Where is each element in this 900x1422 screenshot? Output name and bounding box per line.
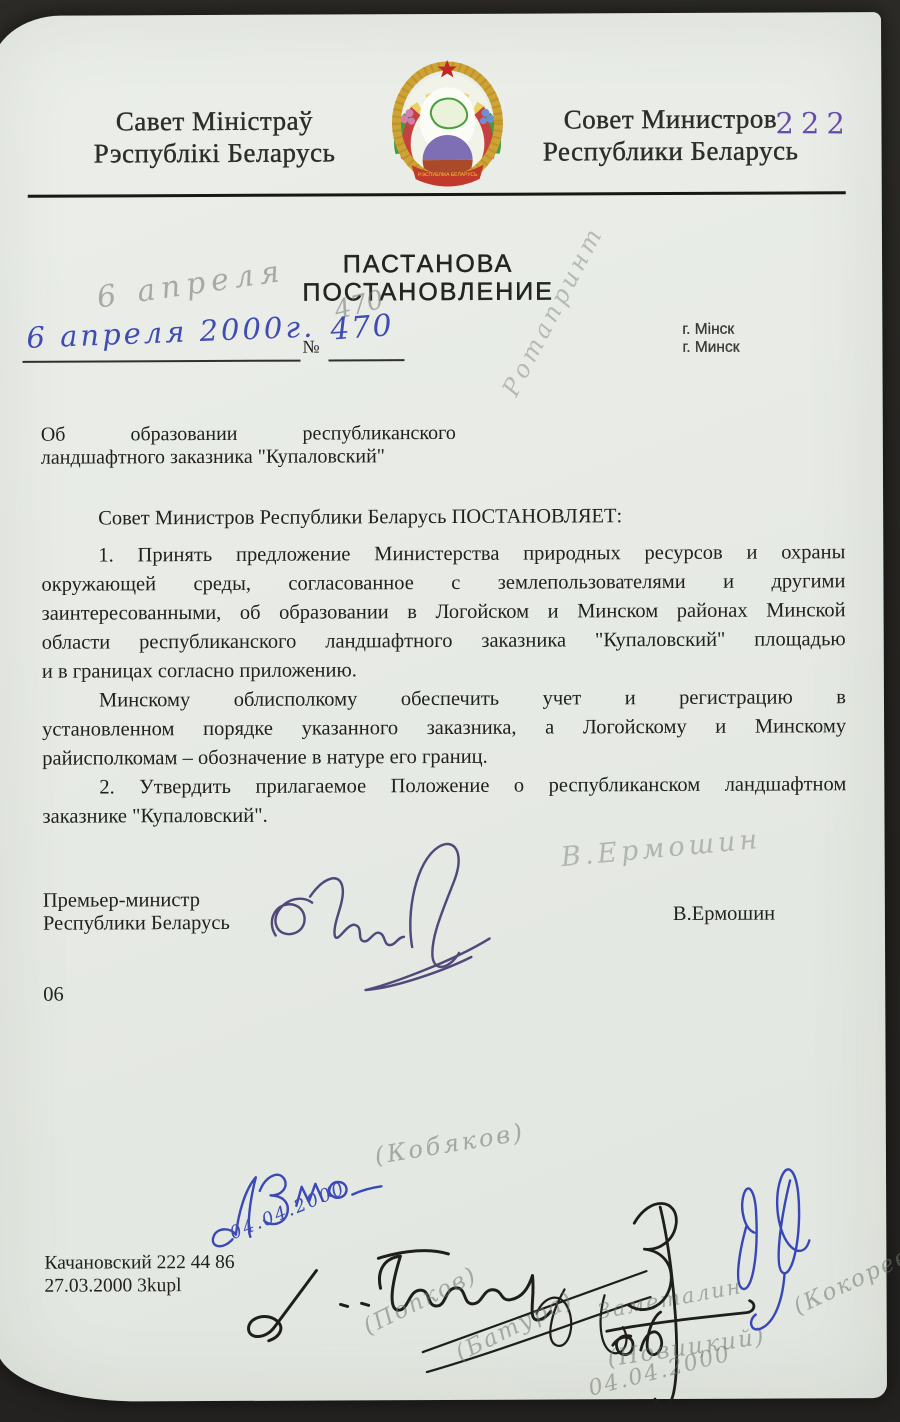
p2-line1: Минскому облисполкому обеспечить учет и … <box>42 683 846 716</box>
signer-position-line1: Премьер-министр <box>43 889 230 912</box>
place-belarusian: г. Мінск <box>682 321 739 339</box>
p1-line1: 1. Принять предложение Министерства прир… <box>41 538 845 571</box>
pencil-date-draft: 6 апреля <box>95 254 288 316</box>
header-divider-rule <box>28 191 846 198</box>
org-ru-line2: Республики Беларусь <box>526 134 816 167</box>
blue-signature-kokorev <box>724 1162 820 1352</box>
resolution-intro: Совет Министров Республики Беларусь ПОСТ… <box>41 504 845 531</box>
signer-name: В.Ермошин <box>673 903 775 926</box>
org-be-line1: Савет Міністраў <box>85 104 343 137</box>
body-text: 1. Принять предложение Министерства прир… <box>41 538 846 832</box>
subject-line1: Об образовании республиканского <box>41 422 456 447</box>
p2-line3: райисполкомам – обозначение в натуре его… <box>42 741 846 774</box>
resolution-intro-text: Совет Министров Республики Беларусь ПОСТ… <box>41 505 622 531</box>
scanned-document-sheet: Савет Міністраў Рэспублікі Беларусь <box>0 12 887 1402</box>
handwritten-date-ink: 6 апреля 2000г. <box>26 310 316 355</box>
p1-line5: и в границах согласно приложению. <box>42 654 846 687</box>
emblem-banner-text: РЭСПУБЛІКА БЕЛАРУСЬ <box>418 172 478 178</box>
place-russian: г. Минск <box>682 339 739 357</box>
premier-signature <box>241 836 517 1017</box>
pencil-label-kobyakov: (Кобяков) <box>373 1118 528 1170</box>
org-name-russian: Совет Министров Республики Беларусь <box>525 102 815 167</box>
page-number-stamp: 222 <box>775 106 852 140</box>
p3-line1: 2. Утвердить прилагаемое Положение о рес… <box>42 770 846 803</box>
document-content: Савет Міністраў Рэспублікі Беларусь <box>0 12 887 1402</box>
org-be-line2: Рэспублікі Беларусь <box>86 136 344 169</box>
doc-type-belarusian: ПАСТАНОВА <box>268 249 588 278</box>
place-block: г. Мінск г. Минск <box>682 321 739 357</box>
p1-line2: окружающей среды, согласованное с землеп… <box>41 567 845 600</box>
signer-position: Премьер-министр Республики Беларусь <box>43 889 230 935</box>
org-name-belarusian: Савет Міністраў Рэспублікі Беларусь <box>85 104 343 169</box>
p1-line3: заинтересованными, об образовании в Лого… <box>42 596 846 629</box>
signer-position-line2: Республики Беларусь <box>43 911 230 934</box>
p2-line2: установленном порядке указанного заказни… <box>42 712 846 745</box>
number-underline <box>328 359 404 361</box>
number-sign: № <box>302 337 319 358</box>
date-underline <box>22 360 300 363</box>
department-index: 06 <box>43 984 64 1007</box>
handwritten-number-ink: 470 <box>329 308 395 348</box>
document-type-heading: ПАСТАНОВА ПОСТАНОВЛЕНИЕ <box>268 249 588 306</box>
p1-line4: области республиканского ландшафтного за… <box>42 625 846 658</box>
executor-ref: 27.03.2000 3kupl <box>44 1274 234 1298</box>
subject-block: Об образовании республиканского ландшафт… <box>41 422 456 470</box>
org-ru-line1: Совет Министров <box>525 102 815 135</box>
pencil-signer-name: В.Ермошин <box>560 824 763 873</box>
subject-line2: ландшафтного заказника "Купаловский" <box>41 445 456 470</box>
belarus-coat-of-arms-icon: РЭСПУБЛІКА БЕЛАРУСЬ <box>371 56 524 189</box>
